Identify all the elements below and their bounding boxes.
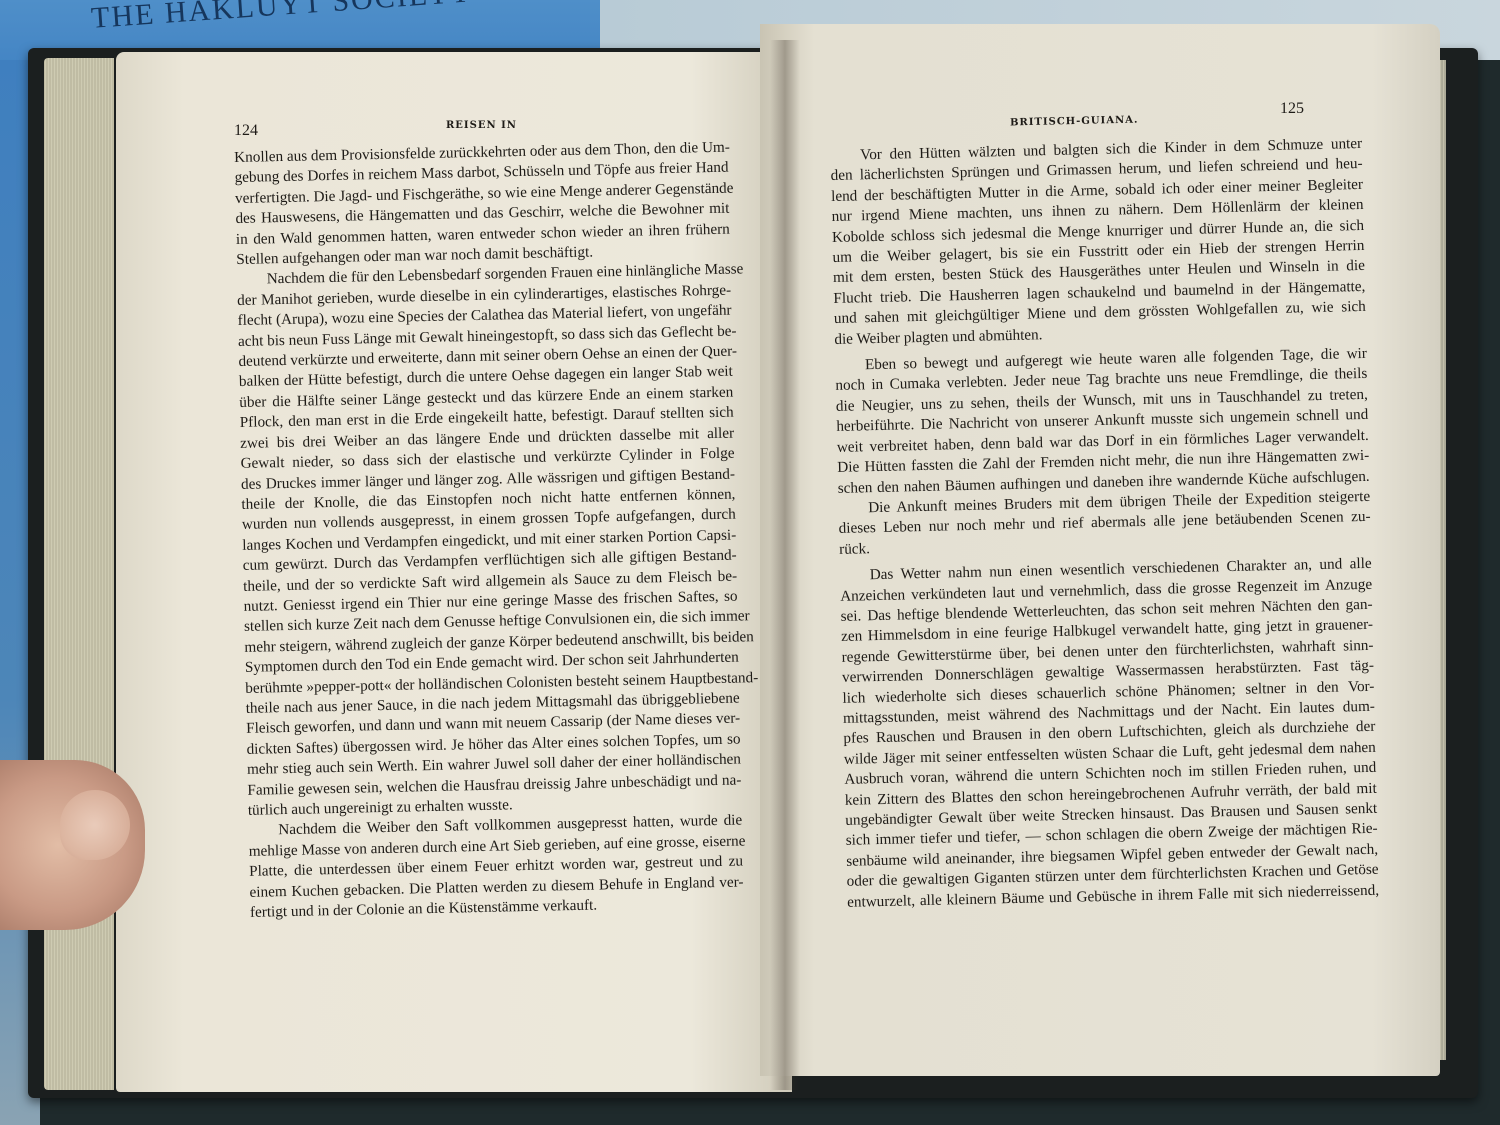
running-head: REISEN IN bbox=[446, 120, 517, 131]
right-page: BRITISCH-GUIANA. 125 Vor den Hütten wälz… bbox=[760, 24, 1440, 1076]
book-gutter bbox=[770, 40, 800, 1090]
thumbnail bbox=[60, 790, 130, 860]
running-head: BRITISCH-GUIANA. bbox=[1010, 115, 1139, 129]
body-text: Knollen aus dem Provisionsfelde zurückke… bbox=[234, 138, 744, 924]
page-number: 125 bbox=[1280, 100, 1304, 118]
page-edges-left bbox=[44, 58, 114, 1090]
left-page: 124 REISEN IN Knollen aus dem Provisions… bbox=[116, 52, 792, 1092]
body-text: Vor den Hütten wälzten und balgten sich … bbox=[830, 134, 1379, 913]
page-number: 124 bbox=[234, 122, 258, 140]
